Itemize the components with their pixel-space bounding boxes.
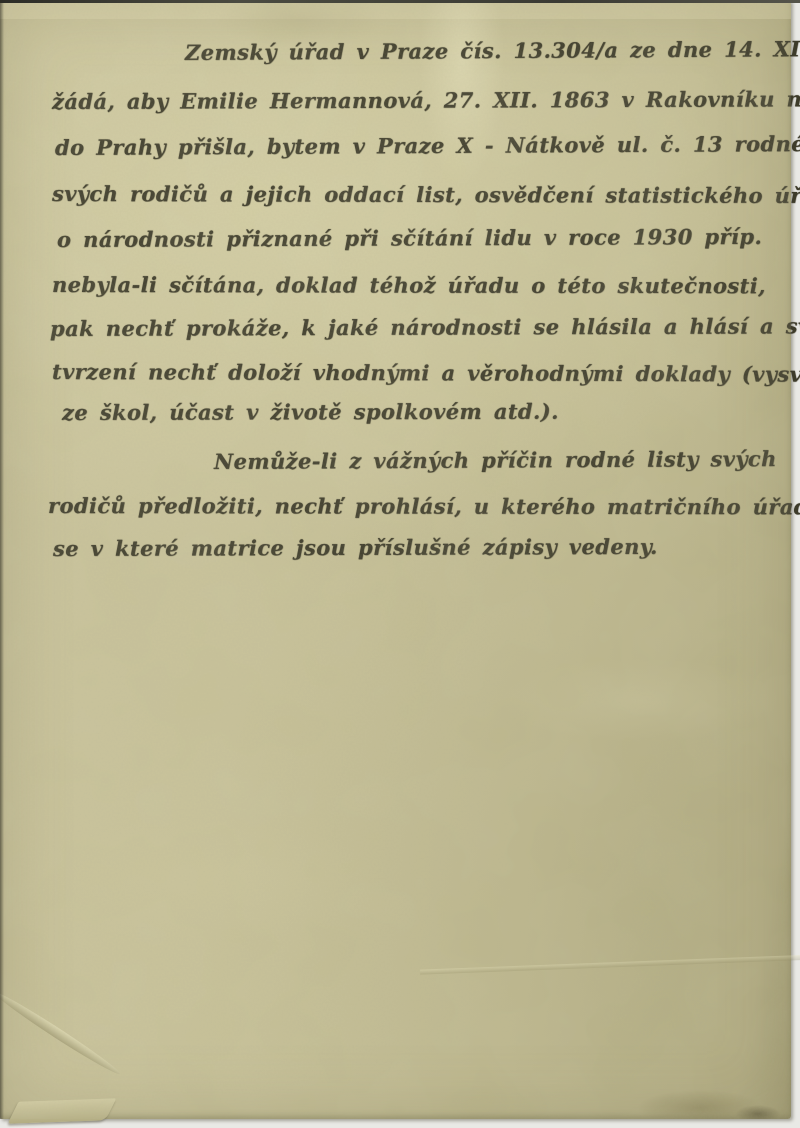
- handwritten-line: se v které matrice jsou příslušné zápisy…: [53, 534, 658, 561]
- handwritten-line: žádá, aby Emilie Hermannová, 27. XII. 18…: [52, 86, 800, 114]
- handwritten-line: do Prahy přišla, bytem v Praze X - Nátko…: [55, 131, 800, 160]
- scan-edge-top: [0, 0, 800, 3]
- handwritten-line: rodičů předložiti, nechť prohlásí, u kte…: [48, 493, 800, 519]
- handwritten-line: tvrzení nechť doloží vhodnými a věrohodn…: [52, 359, 800, 387]
- handwritten-line: nebyla-li sčítána, doklad téhož úřadu o …: [52, 272, 766, 298]
- handwritten-line: ze škol, účast v životě spolkovém atd.).: [62, 399, 559, 425]
- handwritten-line: pak nechť prokáže, k jaké národnosti se …: [50, 313, 800, 341]
- handwritten-line: svých rodičů a jejich oddací list, osvěd…: [52, 181, 800, 208]
- handwritten-line: Nemůže-li z vážných příčin rodné listy s…: [214, 446, 777, 474]
- paper-fold-flap: [8, 1098, 117, 1123]
- handwritten-line: o národnosti přiznané při sčítání lidu v…: [57, 224, 762, 252]
- scan-edge-left: [0, 0, 4, 1119]
- document-scan: Zemský úřad v Praze čís. 13.304/a ze dne…: [0, 0, 800, 1128]
- handwritten-line: Zemský úřad v Praze čís. 13.304/a ze dne…: [185, 36, 800, 65]
- paper-sheet: Zemský úřad v Praze čís. 13.304/a ze dne…: [0, 0, 791, 1119]
